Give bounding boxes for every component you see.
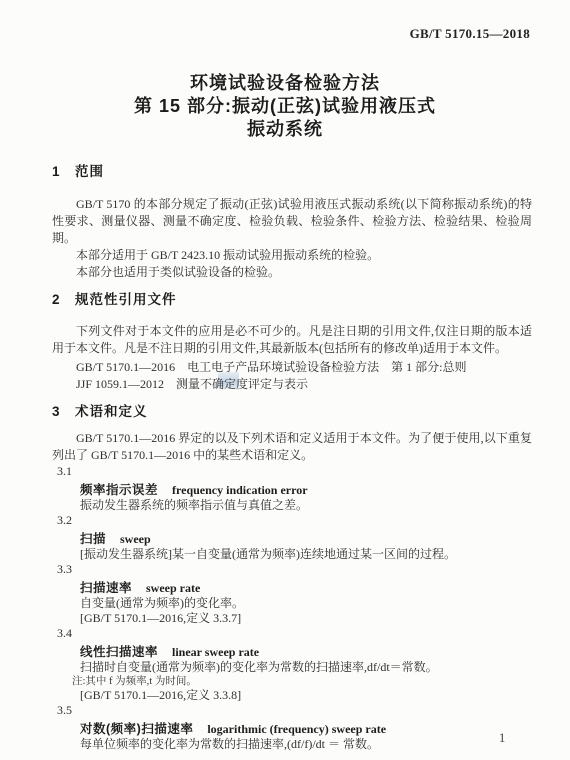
section-2-paragraph-1: 下列文件对于本文件的应用是必不可少的。凡是注日期的引用文件,仅注日期的版本适用于… — [52, 323, 532, 357]
section-3-heading: 3术语和定义 — [52, 404, 532, 420]
term-title-3-5: 对数(频率)扫描速率logarithmic (frequency) sweep … — [52, 721, 532, 737]
clause-number-3-2: 3.2 — [52, 513, 532, 528]
term-title-3-3: 扫描速率sweep rate — [52, 580, 532, 596]
section-1-paragraph-3: 本部分也适用于类似试验设备的检验。 — [52, 264, 532, 281]
term-en-3-3: sweep rate — [146, 581, 200, 595]
document-page: GB/T 5170.15—2018 环境试验设备检验方法 第 15 部分:振动(… — [0, 0, 570, 760]
term-title-3-2: 扫描sweep — [52, 531, 532, 547]
title-line-3: 振动系统 — [0, 118, 570, 141]
normative-reference-1: GB/T 5170.1—2016 电工电子产品环境试验设备检验方法 第 1 部分… — [52, 359, 532, 376]
term-title-3-1: 频率指示误差frequency indication error — [52, 482, 532, 498]
term-title-3-4: 线性扫描速率linear sweep rate — [52, 644, 532, 660]
section-1-paragraph-1: GB/T 5170 的本部分规定了振动(正弦)试验用液压式振动系统(以下简称振动… — [52, 196, 532, 247]
title-line-2: 第 15 部分:振动(正弦)试验用液压式 — [0, 95, 570, 118]
section-1-heading: 1范围 — [52, 164, 532, 180]
clause-number-3-3: 3.3 — [52, 562, 532, 577]
section-2-title: 规范性引用文件 — [75, 292, 177, 307]
term-definition-3-2: [振动发生器系统]某一自变量(通常为频率)连续地通过某一区间的过程。 — [52, 547, 532, 562]
section-2-number: 2 — [52, 292, 62, 308]
term-en-3-1: frequency indication error — [172, 483, 308, 497]
section-1-number: 1 — [52, 164, 62, 180]
title-line-1: 环境试验设备检验方法 — [0, 72, 570, 95]
section-1-paragraph-2: 本部分适用于 GB/T 2423.10 振动试验用振动系统的检验。 — [52, 247, 532, 264]
standard-code: GB/T 5170.15—2018 — [410, 26, 530, 42]
term-zh-3-4: 线性扫描速率 — [80, 645, 158, 659]
terms-and-definitions-list: 3.1 频率指示误差frequency indication error 振动发… — [52, 464, 532, 752]
clause-number-3-4: 3.4 — [52, 626, 532, 641]
section-2-heading: 2规范性引用文件 — [52, 292, 532, 308]
document-body: 1范围 GB/T 5170 的本部分规定了振动(正弦)试验用液压式振动系统(以下… — [52, 164, 532, 752]
clause-number-3-1: 3.1 — [52, 464, 532, 479]
term-zh-3-3: 扫描速率 — [80, 581, 132, 595]
term-en-3-5: logarithmic (frequency) sweep rate — [207, 722, 386, 736]
term-en-3-4: linear sweep rate — [172, 645, 259, 659]
section-3-intro: GB/T 5170.1—2016 界定的以及下列术语和定义适用于本文件。为了便于… — [52, 430, 532, 464]
term-definition-3-4: 扫描时自变量(通常为频率)的变化率为常数的扫描速率,df/dt＝常数。 — [52, 660, 532, 675]
term-definition-3-1: 振动发生器系统的频率指示值与真值之差。 — [52, 498, 532, 513]
term-en-3-2: sweep — [120, 532, 151, 546]
term-definition-3-5: 每单位频率的变化率为常数的扫描速率,(df/f)/dt ＝ 常数。 — [52, 737, 532, 752]
term-definition-3-3: 自变量(通常为频率)的变化率。 — [52, 596, 532, 611]
section-3-title: 术语和定义 — [75, 404, 148, 419]
term-source-3-4: [GB/T 5170.1—2016,定义 3.3.8] — [52, 688, 532, 703]
term-zh-3-2: 扫描 — [80, 532, 106, 546]
term-note-3-4: 注:其中 f 为频率,t 为时间。 — [52, 675, 532, 688]
document-title: 环境试验设备检验方法 第 15 部分:振动(正弦)试验用液压式 振动系统 — [0, 72, 570, 141]
page-number: 1 — [499, 731, 505, 746]
term-zh-3-1: 频率指示误差 — [80, 483, 158, 497]
clause-number-3-5: 3.5 — [52, 703, 532, 718]
section-1-title: 范围 — [75, 164, 104, 179]
section-3-number: 3 — [52, 404, 62, 420]
term-source-3-3: [GB/T 5170.1—2016,定义 3.3.7] — [52, 611, 532, 626]
term-zh-3-5: 对数(频率)扫描速率 — [80, 722, 193, 736]
normative-reference-2: JJF 1059.1—2012 测量不确定度评定与表示 — [52, 376, 532, 393]
